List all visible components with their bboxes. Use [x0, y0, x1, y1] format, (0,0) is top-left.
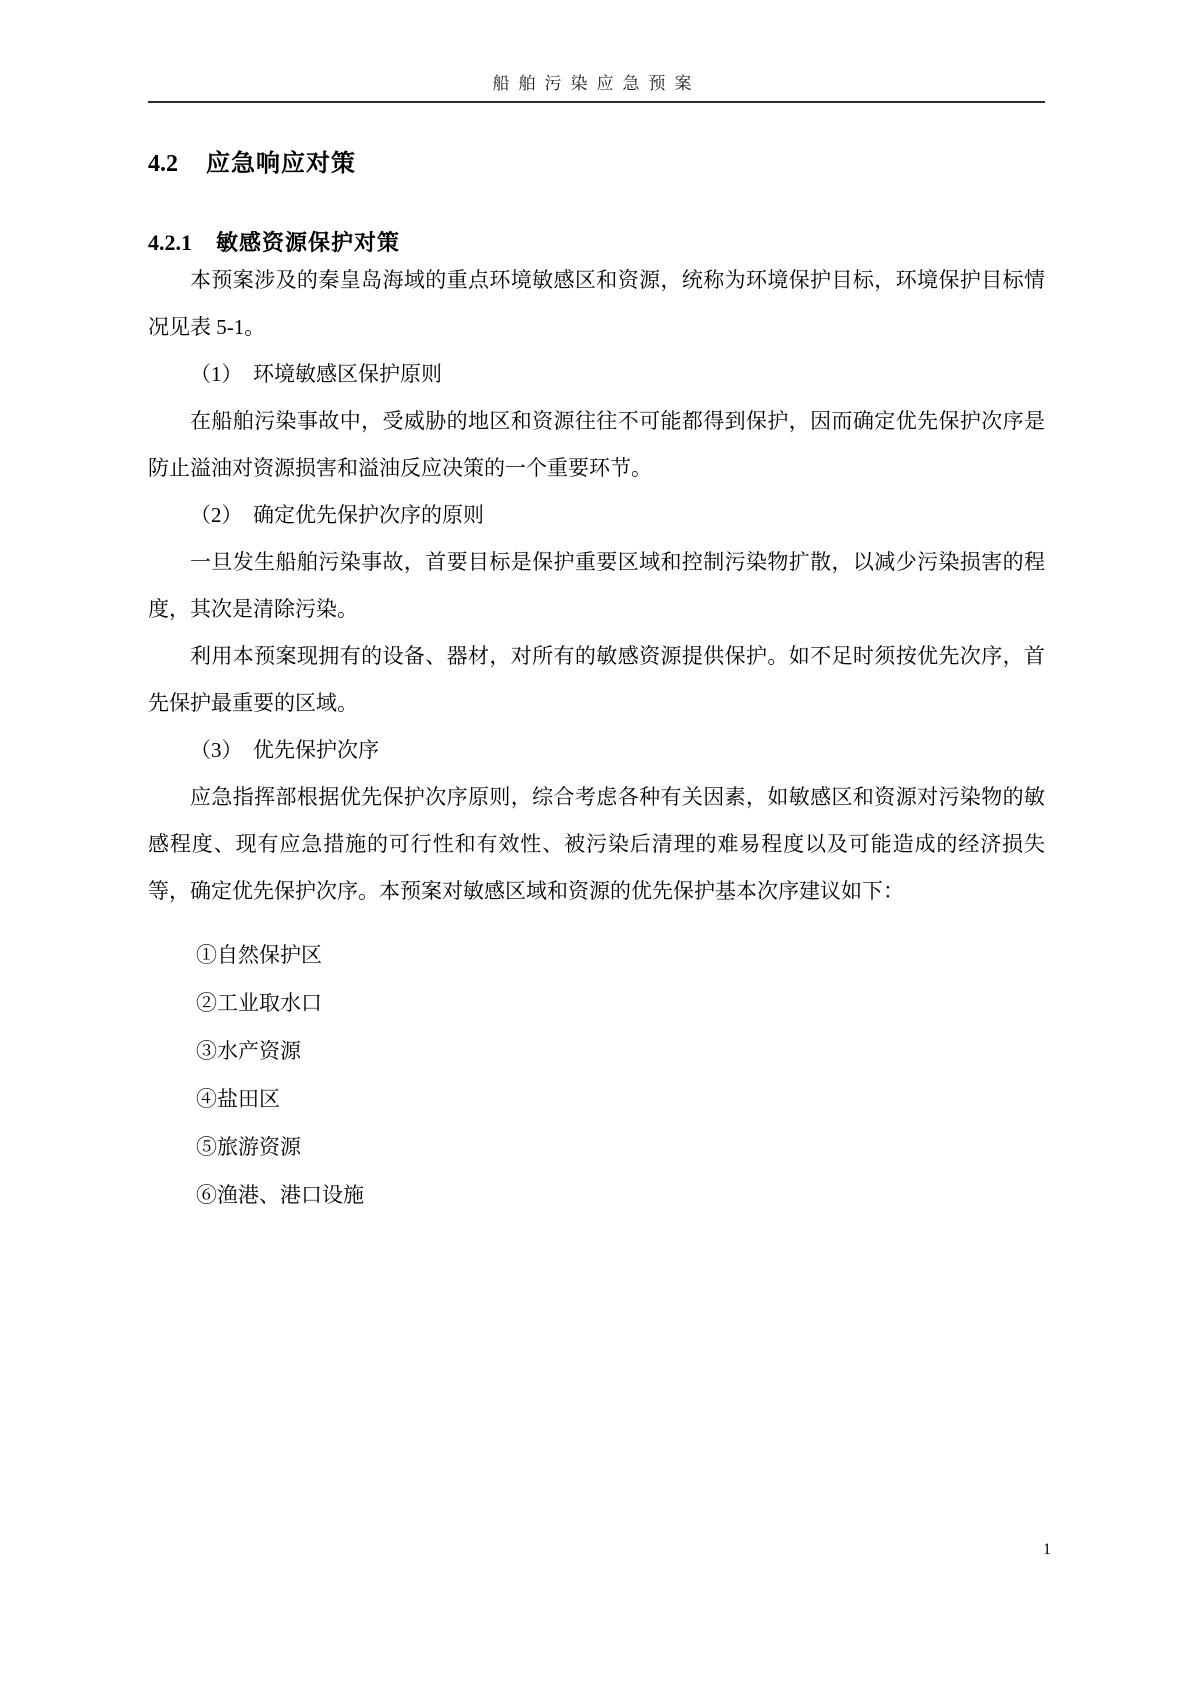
section-heading: 4.2应急响应对策: [148, 149, 1045, 179]
subsection-number: 4.2.1: [148, 230, 192, 255]
priority-item-nature-reserve: ①自然保护区: [196, 931, 1045, 979]
priority-item-industrial-intake: ②工业取水口: [196, 979, 1045, 1027]
paragraph-principle-2a: 一旦发生船舶污染事故，首要目标是保护重要区域和控制污染物扩散，以减少污染损害的程…: [148, 539, 1045, 633]
paragraph-principle-1: 在船舶污染事故中，受威胁的地区和资源往往不可能都得到保护，因而确定优先保护次序是…: [148, 398, 1045, 492]
document-page: 船舶污染应急预案 4.2应急响应对策 4.2.1敏感资源保护对策 本预案涉及的秦…: [0, 0, 1191, 1684]
page-content: 4.2应急响应对策 4.2.1敏感资源保护对策 本预案涉及的秦皇岛海域的重点环境…: [148, 149, 1045, 1219]
page-header: 船舶污染应急预案: [148, 0, 1045, 103]
subhead-principle-2: （2） 确定优先保护次序的原则: [148, 492, 1045, 539]
priority-item-aquatic-resources: ③水产资源: [196, 1027, 1045, 1075]
paragraph-priority-order: 应急指挥部根据优先保护次序原则，综合考虑各种有关因素，如敏感区和资源对污染物的敏…: [148, 774, 1045, 915]
subhead-priority-order: （3） 优先保护次序: [148, 727, 1045, 774]
priority-item-salt-field: ④盐田区: [196, 1075, 1045, 1123]
priority-item-ports-facilities: ⑥渔港、港口设施: [196, 1171, 1045, 1219]
section-title: 应急响应对策: [206, 151, 356, 177]
header-title: 船舶污染应急预案: [148, 72, 1045, 96]
paragraph-intro: 本预案涉及的秦皇岛海域的重点环境敏感区和资源，统称为环境保护目标，环境保护目标情…: [148, 257, 1045, 351]
subsection-title: 敏感资源保护对策: [216, 230, 400, 255]
priority-list: ①自然保护区 ②工业取水口 ③水产资源 ④盐田区 ⑤旅游资源 ⑥渔港、港口设施: [148, 931, 1045, 1219]
section-number: 4.2: [148, 151, 178, 177]
priority-item-tourism-resources: ⑤旅游资源: [196, 1123, 1045, 1171]
page-number: 1: [1043, 1540, 1051, 1560]
paragraph-principle-2b: 利用本预案现拥有的设备、器材，对所有的敏感资源提供保护。如不足时须按优先次序，首…: [148, 633, 1045, 727]
subhead-principle-1: （1） 环境敏感区保护原则: [148, 351, 1045, 398]
subsection-heading: 4.2.1敏感资源保护对策: [148, 229, 1045, 257]
